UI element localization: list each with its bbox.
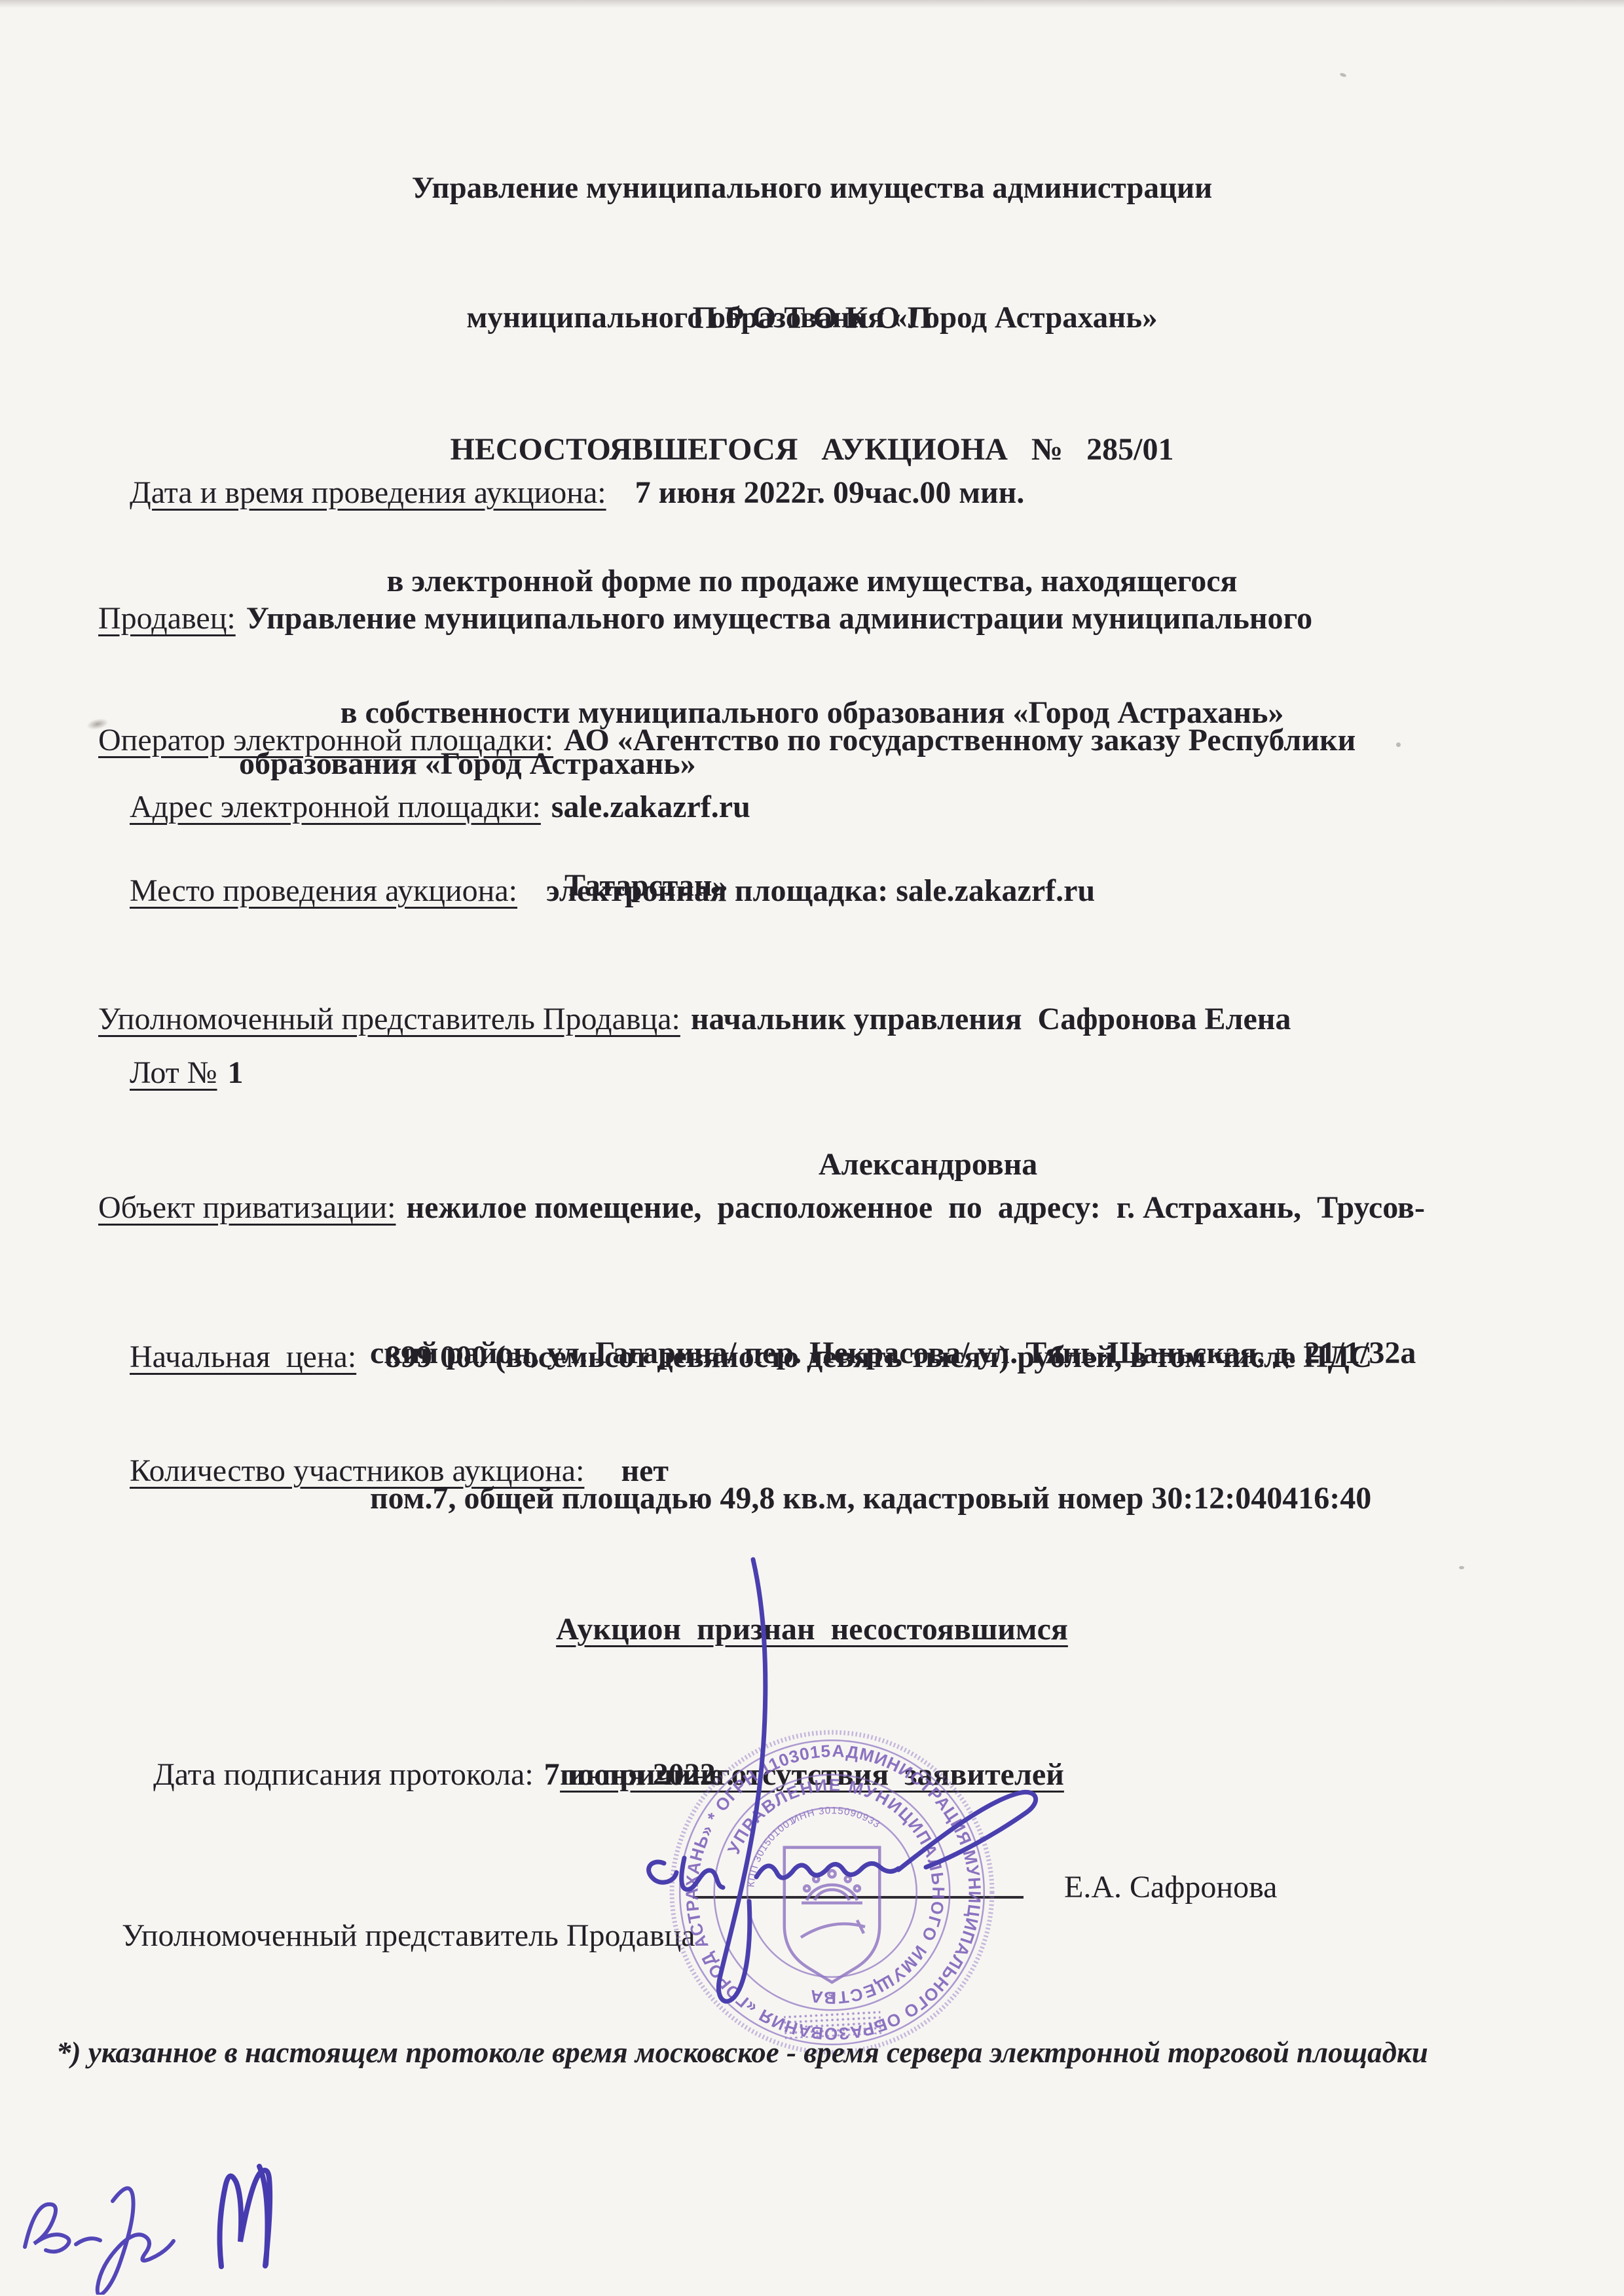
title-line-1: П Р О Т О К О Л xyxy=(0,296,1624,340)
scan-speck xyxy=(1396,742,1401,747)
document-page: Управление муниципального имущества адми… xyxy=(0,0,1624,2296)
scribble-2 xyxy=(98,2188,174,2295)
scan-speck xyxy=(1459,1566,1464,1569)
signature-initials xyxy=(649,1858,723,1889)
field-value-line1: начальник управления Сафронова Елена xyxy=(691,1002,1291,1036)
signature-row-label: Уполномоченный представитель Продавца xyxy=(90,1863,695,2009)
signatory-name: Е.А. Сафронова xyxy=(1064,1863,1277,1912)
scribble-1 xyxy=(25,2204,100,2251)
field-label: Объект приватизации: xyxy=(98,1190,396,1225)
signature-flourish xyxy=(898,1792,1036,1870)
representative-label: Уполномоченный представитель Продавца xyxy=(122,1918,695,1953)
footnote: *) указанное в настоящем протоколе время… xyxy=(56,2028,1428,2077)
field-label: Начальная цена: xyxy=(130,1339,356,1374)
scribble-3 xyxy=(220,2166,270,2267)
field-value: 1 xyxy=(228,1055,244,1090)
field-value-line1: нежилое помещение, расположенное по адре… xyxy=(406,1190,1424,1225)
org-line-1: Управление муниципального имущества адми… xyxy=(0,166,1624,210)
signing-label: Дата подписания протокола: xyxy=(153,1757,534,1792)
field-label: Лот № xyxy=(130,1055,217,1090)
field-label: Количество участников аукциона: xyxy=(130,1453,584,1488)
signature-wave xyxy=(756,1863,898,1878)
signature-tall-stroke xyxy=(718,1559,765,2001)
field-value: 899 000 (восемьсот девяносто девять тыся… xyxy=(385,1339,1372,1374)
scan-speck xyxy=(1339,72,1346,77)
margin-signatures xyxy=(13,2160,301,2295)
signature-ink xyxy=(622,1532,1080,2056)
field-value: нет xyxy=(621,1453,669,1488)
